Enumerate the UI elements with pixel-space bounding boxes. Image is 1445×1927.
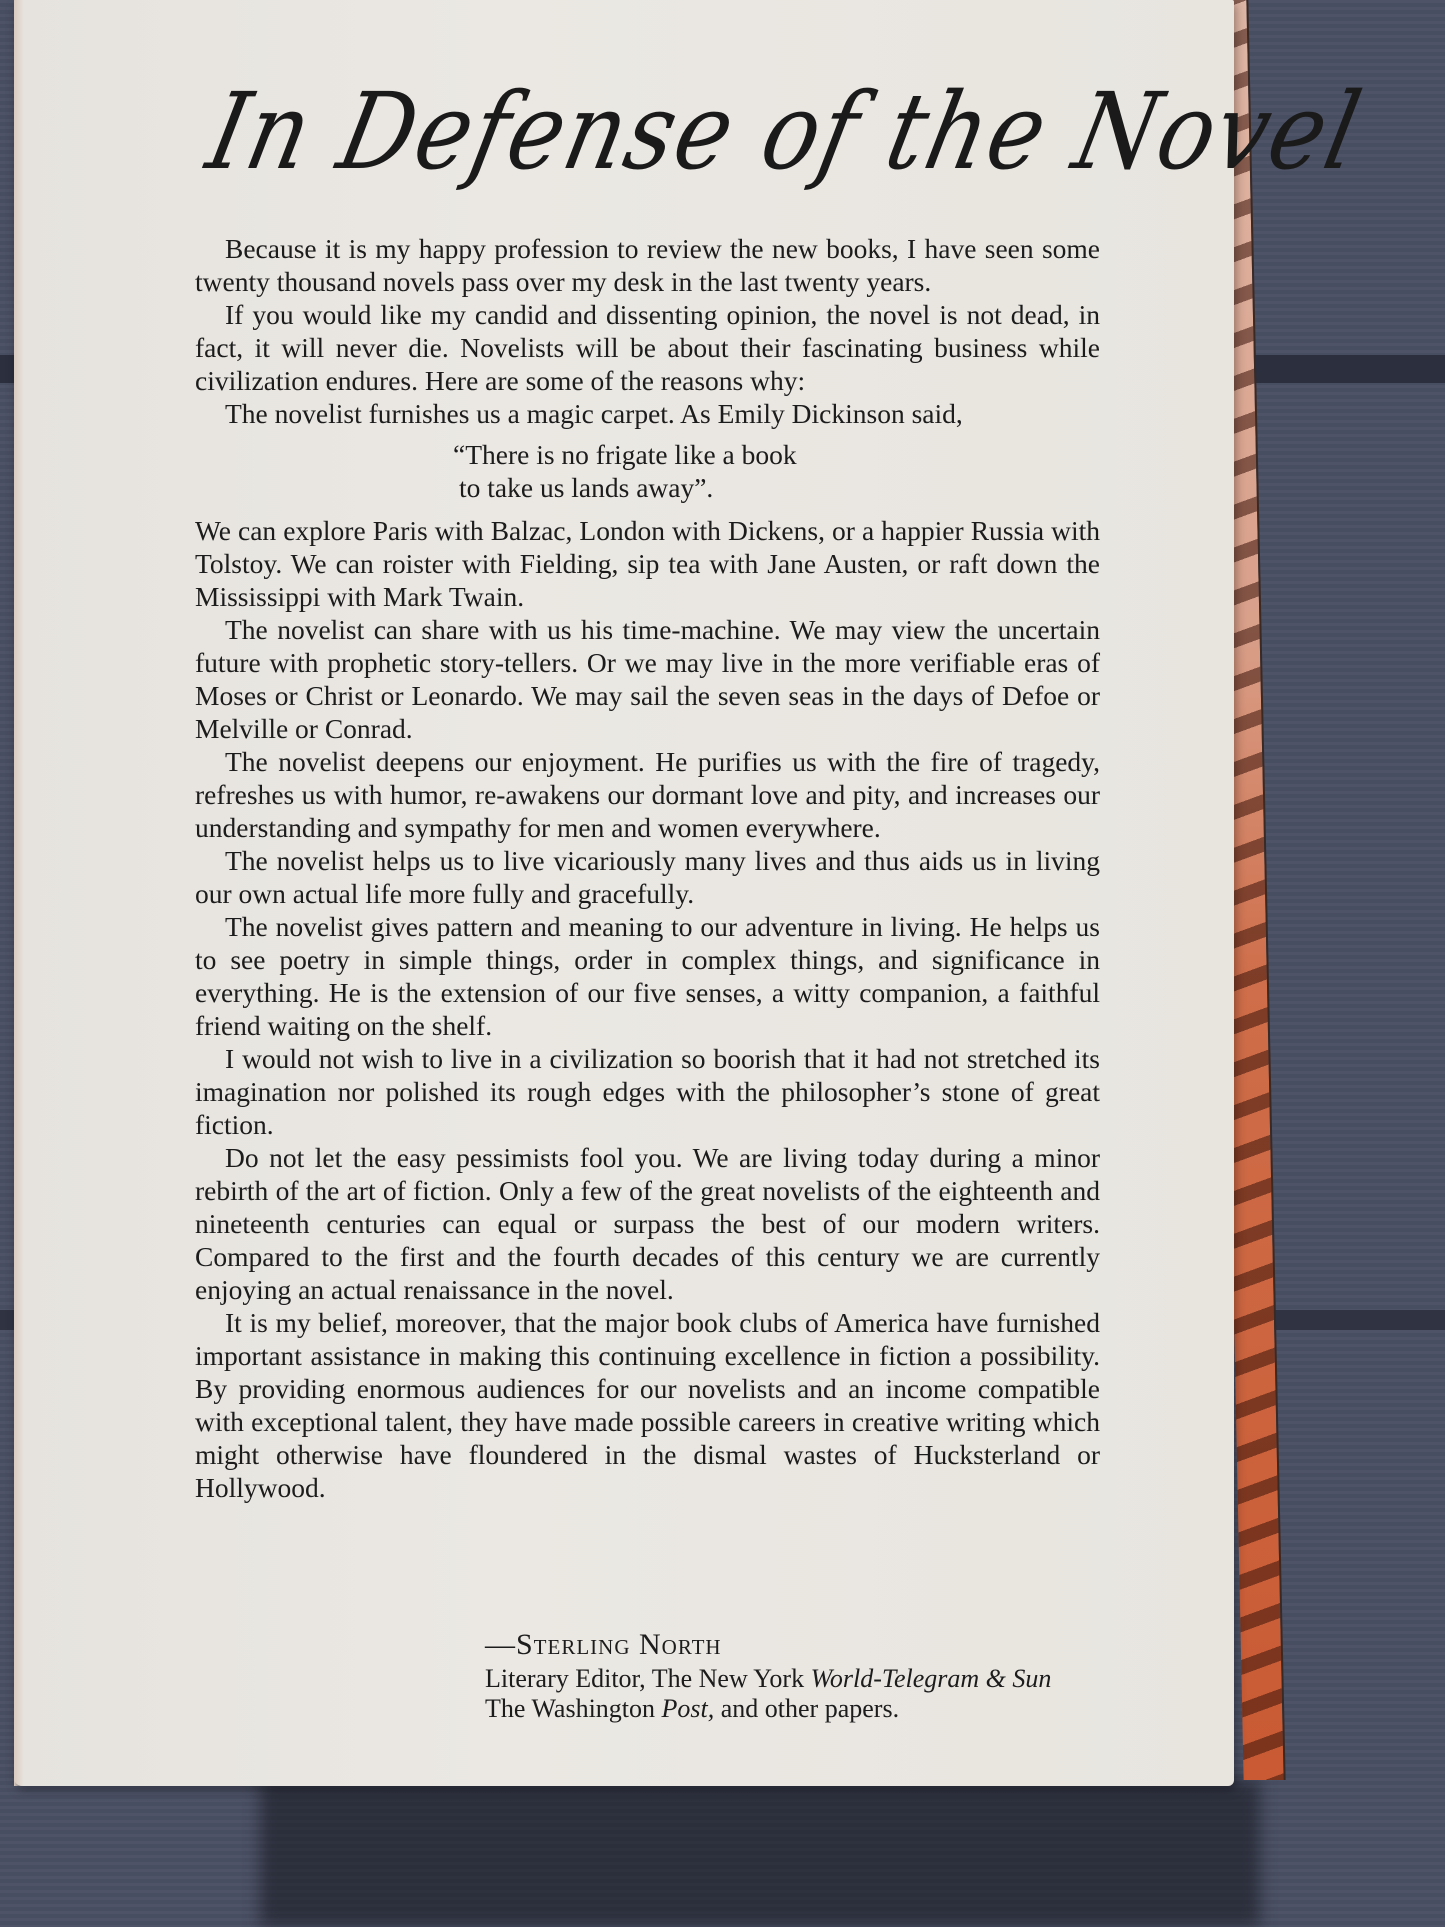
paragraph: I would not wish to live in a civilizati… (195, 1042, 1100, 1141)
credit-text: and other papers. (714, 1694, 899, 1723)
paragraph: The novelist helps us to live vicariousl… (195, 844, 1100, 910)
paragraph: The novelist furnishes us a magic carpet… (195, 397, 1100, 430)
credit-text: Literary Editor, The New York (485, 1664, 811, 1693)
author-signature: —Sterling North Literary Editor, The New… (485, 1630, 1145, 1724)
essay-body: Because it is my happy profession to rev… (195, 232, 1100, 1504)
paragraph: We can explore Paris with Balzac, London… (195, 514, 1100, 613)
author-name: —Sterling North (485, 1630, 1145, 1660)
newspaper-name: Post, (662, 1694, 715, 1723)
credit-text: The Washington (485, 1694, 662, 1723)
quote-line: to take us lands away”. (459, 471, 1100, 504)
paragraph: If you would like my candid and dissenti… (195, 298, 1100, 397)
table-shadow (260, 1780, 1260, 1927)
author-credit-line-1: Literary Editor, The New York World-Tele… (485, 1664, 1145, 1694)
page-title: In Defense of the Novel (192, 70, 1104, 220)
paragraph: Because it is my happy profession to rev… (195, 232, 1100, 298)
paragraph: Do not let the easy pessimists fool you.… (195, 1141, 1100, 1306)
paragraph: It is my belief, moreover, that the majo… (195, 1306, 1100, 1504)
dickinson-quote: “There is no frigate like a book to take… (453, 438, 1100, 504)
paragraph: The novelist gives pattern and meaning t… (195, 910, 1100, 1042)
newspaper-name: World-Telegram & Sun (811, 1664, 1052, 1693)
quote-line: “There is no frigate like a book (453, 438, 1100, 471)
paragraph: The novelist can share with us his time-… (195, 613, 1100, 745)
paragraph: The novelist deepens our enjoyment. He p… (195, 745, 1100, 844)
author-credit-line-2: The Washington Post, and other papers. (485, 1694, 1145, 1724)
